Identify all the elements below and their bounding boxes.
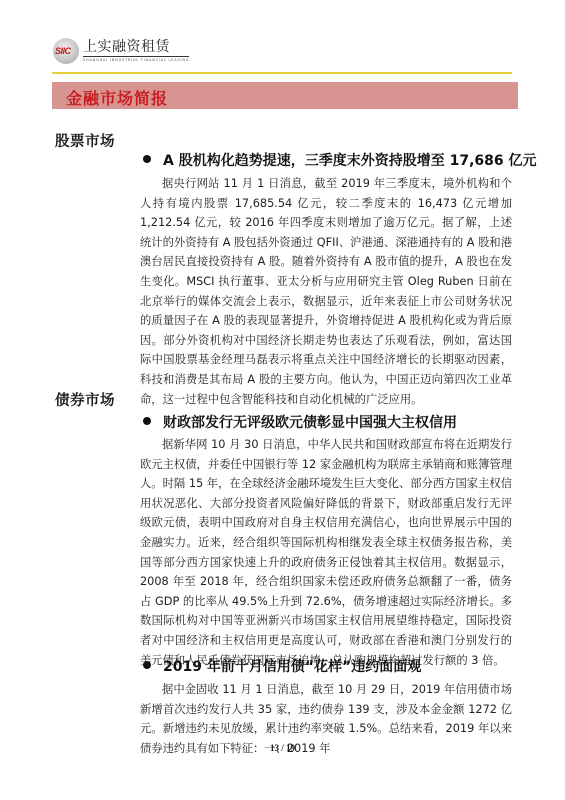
article-title-text: A 股机构化趋势提速，三季度末外资持股增至 17,686 亿元	[163, 153, 536, 169]
company-name-en: SHANGHAI INDUSTRIAL FINANCIAL LEASING	[83, 58, 189, 63]
page-number: 13 / 19	[0, 743, 565, 753]
report-title: 金融市场简报	[66, 86, 168, 109]
article-title: 财政部发行无评级欧元债彰显中国强大主权信用	[140, 412, 520, 432]
logo-mark-text: SIIC	[55, 46, 71, 56]
header-divider	[52, 72, 512, 74]
article-body: 据央行网站 11 月 1 日消息，截至 2019 年三季度末，境外机构和个人持有…	[140, 174, 512, 409]
article-title-text: 财政部发行无评级欧元债彰显中国强大主权信用	[163, 415, 457, 431]
section-heading-bond-market: 债券市场	[55, 389, 115, 410]
bullet-icon	[143, 417, 151, 425]
section-heading-stock-market: 股票市场	[55, 130, 115, 151]
article-body: 据新华网 10 月 30 日消息，中华人民共和国财政部宣布将在近期发行欧元主权债…	[140, 435, 512, 670]
report-title-bar: 金融市场简报	[52, 82, 518, 109]
bullet-icon	[143, 155, 151, 163]
article-title-text: 2019 年前十月信用债“花样”违约面面观	[163, 659, 421, 675]
company-logo: SIIC 上实融资租赁 SHANGHAI INDUSTRIAL FINANCIA…	[53, 38, 189, 64]
company-name-cn: 上实融资租赁	[83, 40, 189, 57]
bullet-icon	[143, 661, 151, 669]
article-title: 2019 年前十月信用债“花样”违约面面观	[140, 656, 520, 676]
article-title: A 股机构化趋势提速，三季度末外资持股增至 17,686 亿元	[140, 150, 520, 170]
siic-logo-icon: SIIC	[53, 38, 79, 64]
